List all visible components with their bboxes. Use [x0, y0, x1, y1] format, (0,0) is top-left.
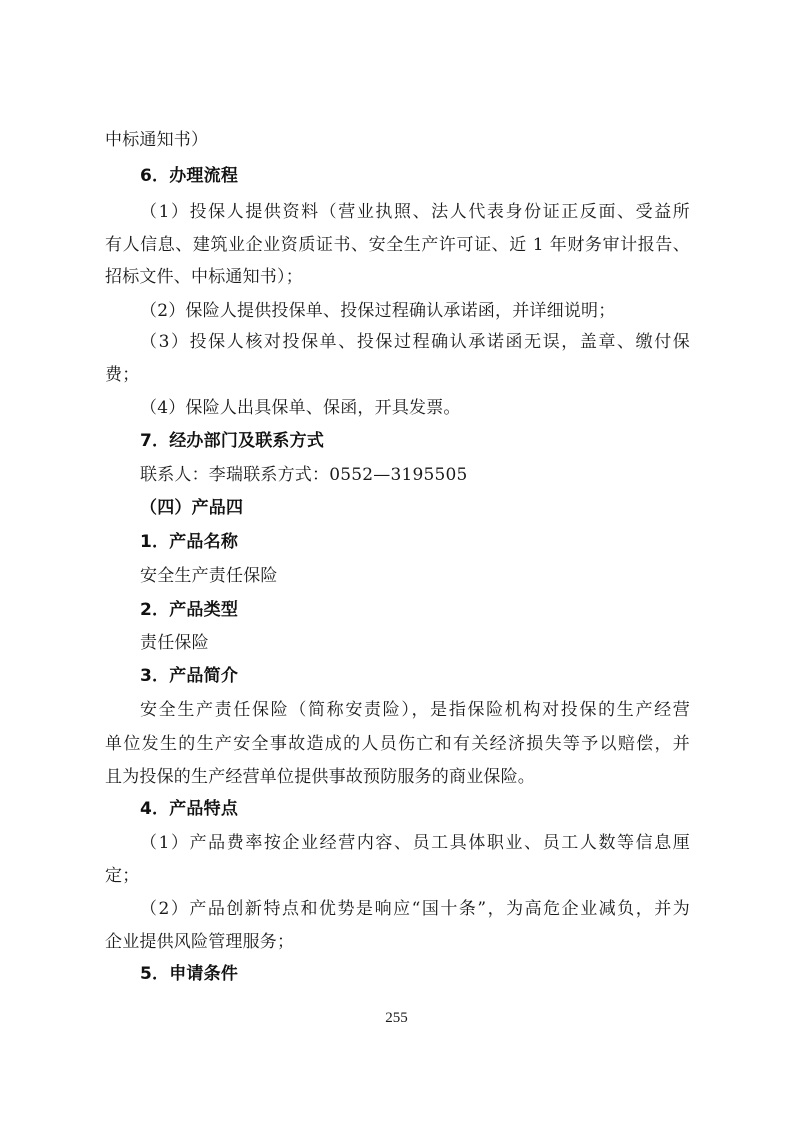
paragraph-line: （3）投保人核对投保单、投保过程确认承诺函无误，盖章、缴付保 [140, 331, 690, 353]
section-heading: 5．申请条件 [140, 963, 690, 985]
paragraph-line: 单位发生的生产安全事故造成的人员伤亡和有关经济损失等予以赔偿，并 [105, 733, 690, 755]
paragraph-line: 责任保险 [140, 632, 690, 654]
page-number: 255 [0, 1010, 793, 1027]
section-heading: 1．产品名称 [140, 531, 690, 553]
paragraph-line: 联系人：李瑞联系方式：0552—3195505 [140, 464, 690, 486]
paragraph-line: 安全生产责任保险（简称安责险），是指保险机构对投保的生产经营 [140, 699, 690, 721]
section-heading: 2．产品类型 [140, 599, 690, 621]
paragraph-line: （1）产品费率按企业经营内容、员工具体职业、员工人数等信息厘 [140, 832, 690, 854]
section-heading: 3．产品简介 [140, 665, 690, 687]
section-heading: 7．经办部门及联系方式 [140, 430, 690, 452]
paragraph-line: （2）产品创新特点和优势是响应“国十条”，为高危企业减负，并为 [140, 898, 690, 920]
paragraph-line: 定； [105, 865, 690, 887]
section-heading: （四）产品四 [140, 497, 690, 519]
section-heading: 4．产品特点 [140, 798, 690, 820]
paragraph-line: 安全生产责任保险 [140, 565, 690, 587]
paragraph-line: 费； [105, 364, 690, 386]
paragraph-line: 企业提供风险管理服务； [105, 931, 690, 953]
paragraph-line: 招标文件、中标通知书）； [105, 266, 690, 288]
paragraph-line: 有人信息、建筑业企业资质证书、安全生产许可证、近 1 年财务审计报告、 [105, 234, 690, 256]
paragraph-line: 且为投保的生产经营单位提供事故预防服务的商业保险。 [105, 766, 690, 788]
paragraph-line: （1）投保人提供资料（营业执照、法人代表身份证正反面、受益所 [140, 201, 690, 223]
paragraph-line: （2）保险人提供投保单、投保过程确认承诺函，并详细说明； [140, 300, 690, 322]
paragraph-line: 中标通知书） [105, 129, 690, 151]
paragraph-line: （4）保险人出具保单、保函，开具发票。 [140, 397, 690, 419]
section-heading: 6．办理流程 [140, 165, 690, 187]
